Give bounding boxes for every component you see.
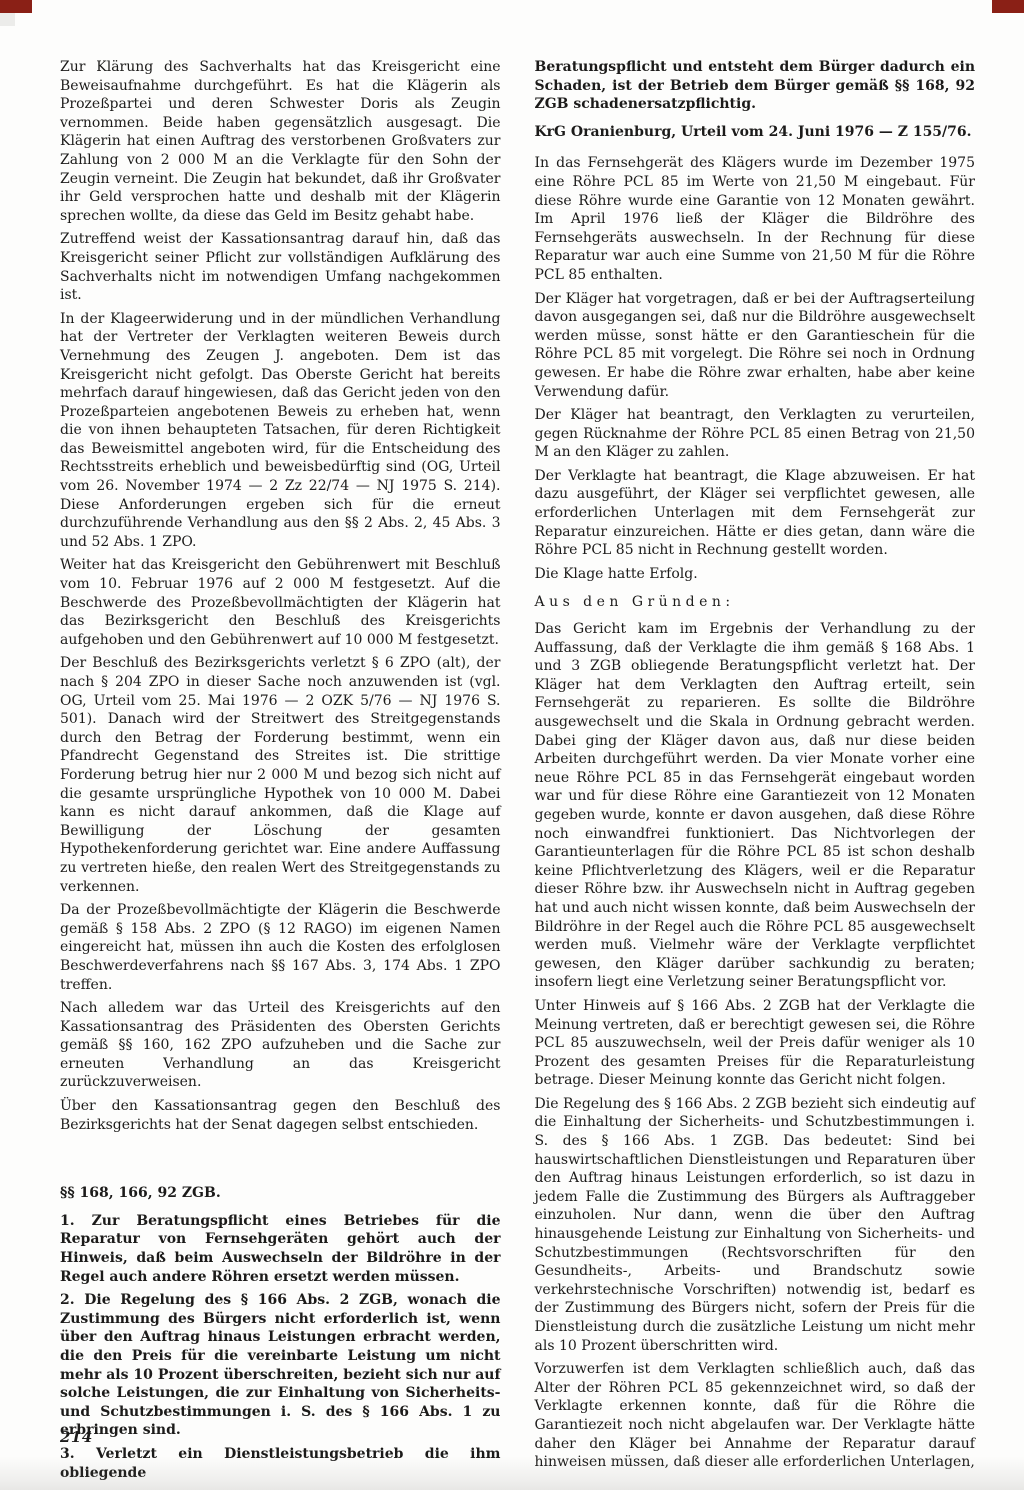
facts-paragraph: Der Kläger hat vorgetragen, daß er bei d… [535,290,976,402]
body-paragraph: Der Beschluß des Bezirksgerichts verletz… [60,654,501,896]
body-paragraph: Zur Klärung des Sachverhalts hat das Kre… [60,58,501,225]
page-number: 214 [60,1428,93,1446]
statute-heading: §§ 168, 166, 92 ZGB. [60,1184,501,1203]
reasons-paragraph: Unter Hinweis auf § 166 Abs. 2 ZGB hat d… [535,997,976,1090]
facts-paragraph: Die Klage hatte Erfolg. [535,565,976,584]
print-registration-mark-left [0,0,32,13]
two-column-text-block: Zur Klärung des Sachverhalts hat das Kre… [60,58,975,1482]
body-paragraph: Über den Kassationsantrag gegen den Besc… [60,1097,501,1134]
scan-edge-shadow [0,1456,1024,1490]
reasons-paragraph: Die Regelung des § 166 Abs. 2 ZGB bezieh… [535,1095,976,1355]
print-registration-mark-right [992,0,1024,13]
facts-paragraph: In das Fernsehgerät des Klägers wurde im… [535,154,976,284]
body-paragraph: Da der Prozeßbevollmächtigte der Klägeri… [60,901,501,994]
right-column: Beratungspflicht und entsteht dem Bürger… [535,58,976,1482]
body-paragraph: Nach alledem war das Urteil des Kreisger… [60,999,501,1092]
headnote-paragraph: 2. Die Regelung des § 166 Abs. 2 ZGB, wo… [60,1291,501,1440]
journal-page: Zur Klärung des Sachverhalts hat das Kre… [0,0,1024,1490]
facts-paragraph: Der Kläger hat beantragt, den Verklagten… [535,406,976,462]
case-reference: KrG Oranienburg, Urteil vom 24. Juni 197… [535,123,976,142]
headnote-paragraph: 1. Zur Beratungspflicht eines Betriebes … [60,1212,501,1286]
reasons-heading: Aus den Gründen: [535,593,976,612]
reasons-paragraph: Das Gericht kam im Ergebnis der Verhandl… [535,620,976,992]
body-paragraph: Weiter hat das Kreisgericht den Gebühren… [60,556,501,649]
body-paragraph: In der Klageerwiderung und in der mündli… [60,310,501,552]
left-column: Zur Klärung des Sachverhalts hat das Kre… [60,58,501,1482]
facts-paragraph: Der Verklagte hat beantragt, die Klage a… [535,467,976,560]
body-paragraph: Zutreffend weist der Kassationsantrag da… [60,230,501,304]
headnote-continuation: Beratungspflicht und entsteht dem Bürger… [535,58,976,114]
